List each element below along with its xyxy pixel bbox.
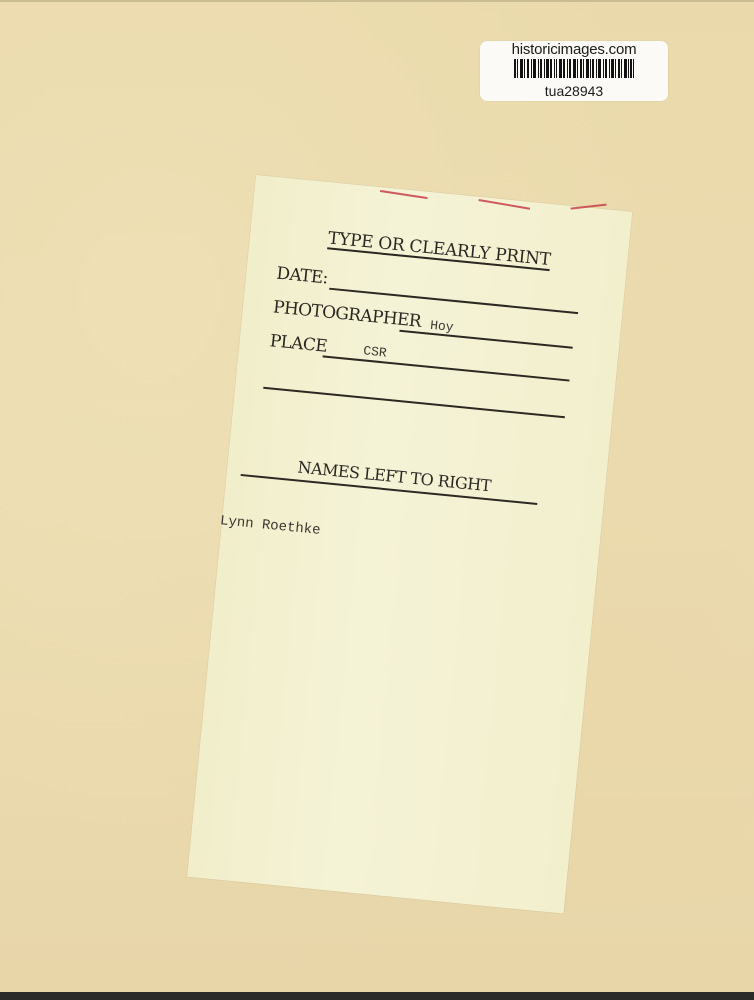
top-edge [0,0,754,2]
person-name: Lynn Roethke [219,513,321,539]
archive-sticker: historicimages.com tua28943 [480,41,668,101]
sticker-id: tua28943 [480,83,668,99]
red-mark [479,199,531,210]
slip-title: TYPE OR CLEARLY PRINT [327,228,551,270]
sticker-site: historicimages.com [480,42,668,58]
caption-slip: TYPE OR CLEARLY PRINT DATE: PHOTOGRAPHER… [187,175,632,914]
blank-rule [263,387,565,419]
photographer-label: PHOTOGRAPHER [272,297,422,331]
photographer-rule [399,330,572,349]
scan-edge [0,992,754,1000]
date-label: DATE: [276,264,329,289]
place-rule [323,355,570,381]
red-mark [380,190,428,199]
barcode-icon [514,59,634,78]
place-value: CSR [363,343,388,360]
place-label: PLACE [269,331,328,357]
photographer-value: Hoy [429,318,454,335]
